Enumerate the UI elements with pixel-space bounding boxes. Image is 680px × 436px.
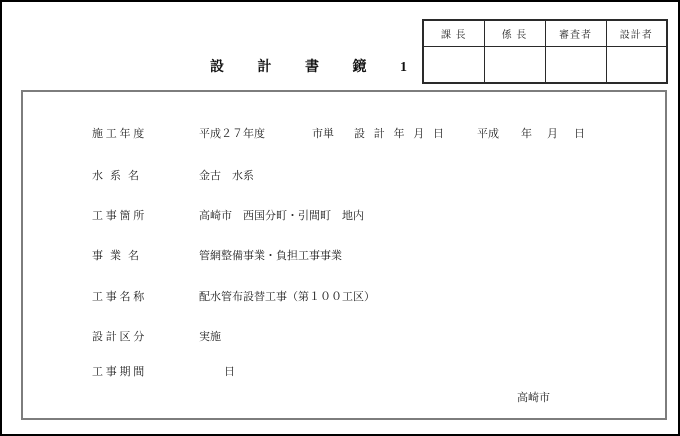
approval-table: 課 長 係 長 審査者 設計者 (422, 19, 668, 84)
design-date-era: 平成 (477, 127, 499, 141)
approval-signature-cell-examiner (545, 46, 606, 83)
design-date-month-label: 月 (547, 127, 558, 141)
approval-header-unit-chief: 係 長 (484, 20, 545, 46)
design-date-day-label: 日 (574, 127, 585, 141)
city-name: 高崎市 (517, 391, 550, 405)
page-title: 設 計 書 鏡 1 (210, 56, 407, 76)
design-category-label: 設 計 区 分 (92, 330, 139, 344)
approval-signature-row (423, 46, 667, 83)
approval-signature-cell-unit-chief (484, 46, 545, 83)
design-date-year-label: 年 (521, 127, 532, 141)
approval-header-examiner: 審査者 (545, 20, 606, 46)
approval-header-designer: 設計者 (606, 20, 667, 46)
design-category-value: 実施 (199, 330, 221, 344)
approval-signature-cell-section-chief (423, 46, 484, 83)
approval-signature-cell-designer (606, 46, 667, 83)
project-name-label: 事 業 名 (92, 249, 139, 263)
approval-header-section-chief: 課 長 (423, 20, 484, 46)
funding-type: 市単 (312, 127, 334, 141)
water-system-value: 金古 水系 (199, 169, 254, 183)
water-system-label: 水 系 名 (92, 169, 139, 183)
approval-header-row: 課 長 係 長 審査者 設計者 (423, 20, 667, 46)
work-title-label: 工 事 名 称 (92, 290, 139, 304)
fiscal-year-value: 平成２７年度 (199, 127, 265, 141)
work-title-value: 配水管布設替工事（第１００工区） (199, 290, 375, 304)
fiscal-year-label: 施 工 年 度 (92, 127, 139, 141)
form-box: 施 工 年 度 平成２７年度 市単 設 計 年 月 日 平成 年 月 日 水 系… (21, 90, 667, 420)
work-period-value: 日 (224, 365, 235, 379)
project-name-value: 管網整備事業・負担工事事業 (199, 249, 342, 263)
work-location-label: 工 事 箇 所 (92, 209, 139, 223)
document-page: 課 長 係 長 審査者 設計者 設 計 書 鏡 1 施 工 年 度 平成２７年度… (0, 0, 680, 436)
work-location-value: 高崎市 西国分町・引間町 地内 (199, 209, 364, 223)
work-period-label: 工 事 期 間 (92, 365, 139, 379)
design-date-label: 設 計 年 月 日 (354, 127, 444, 141)
